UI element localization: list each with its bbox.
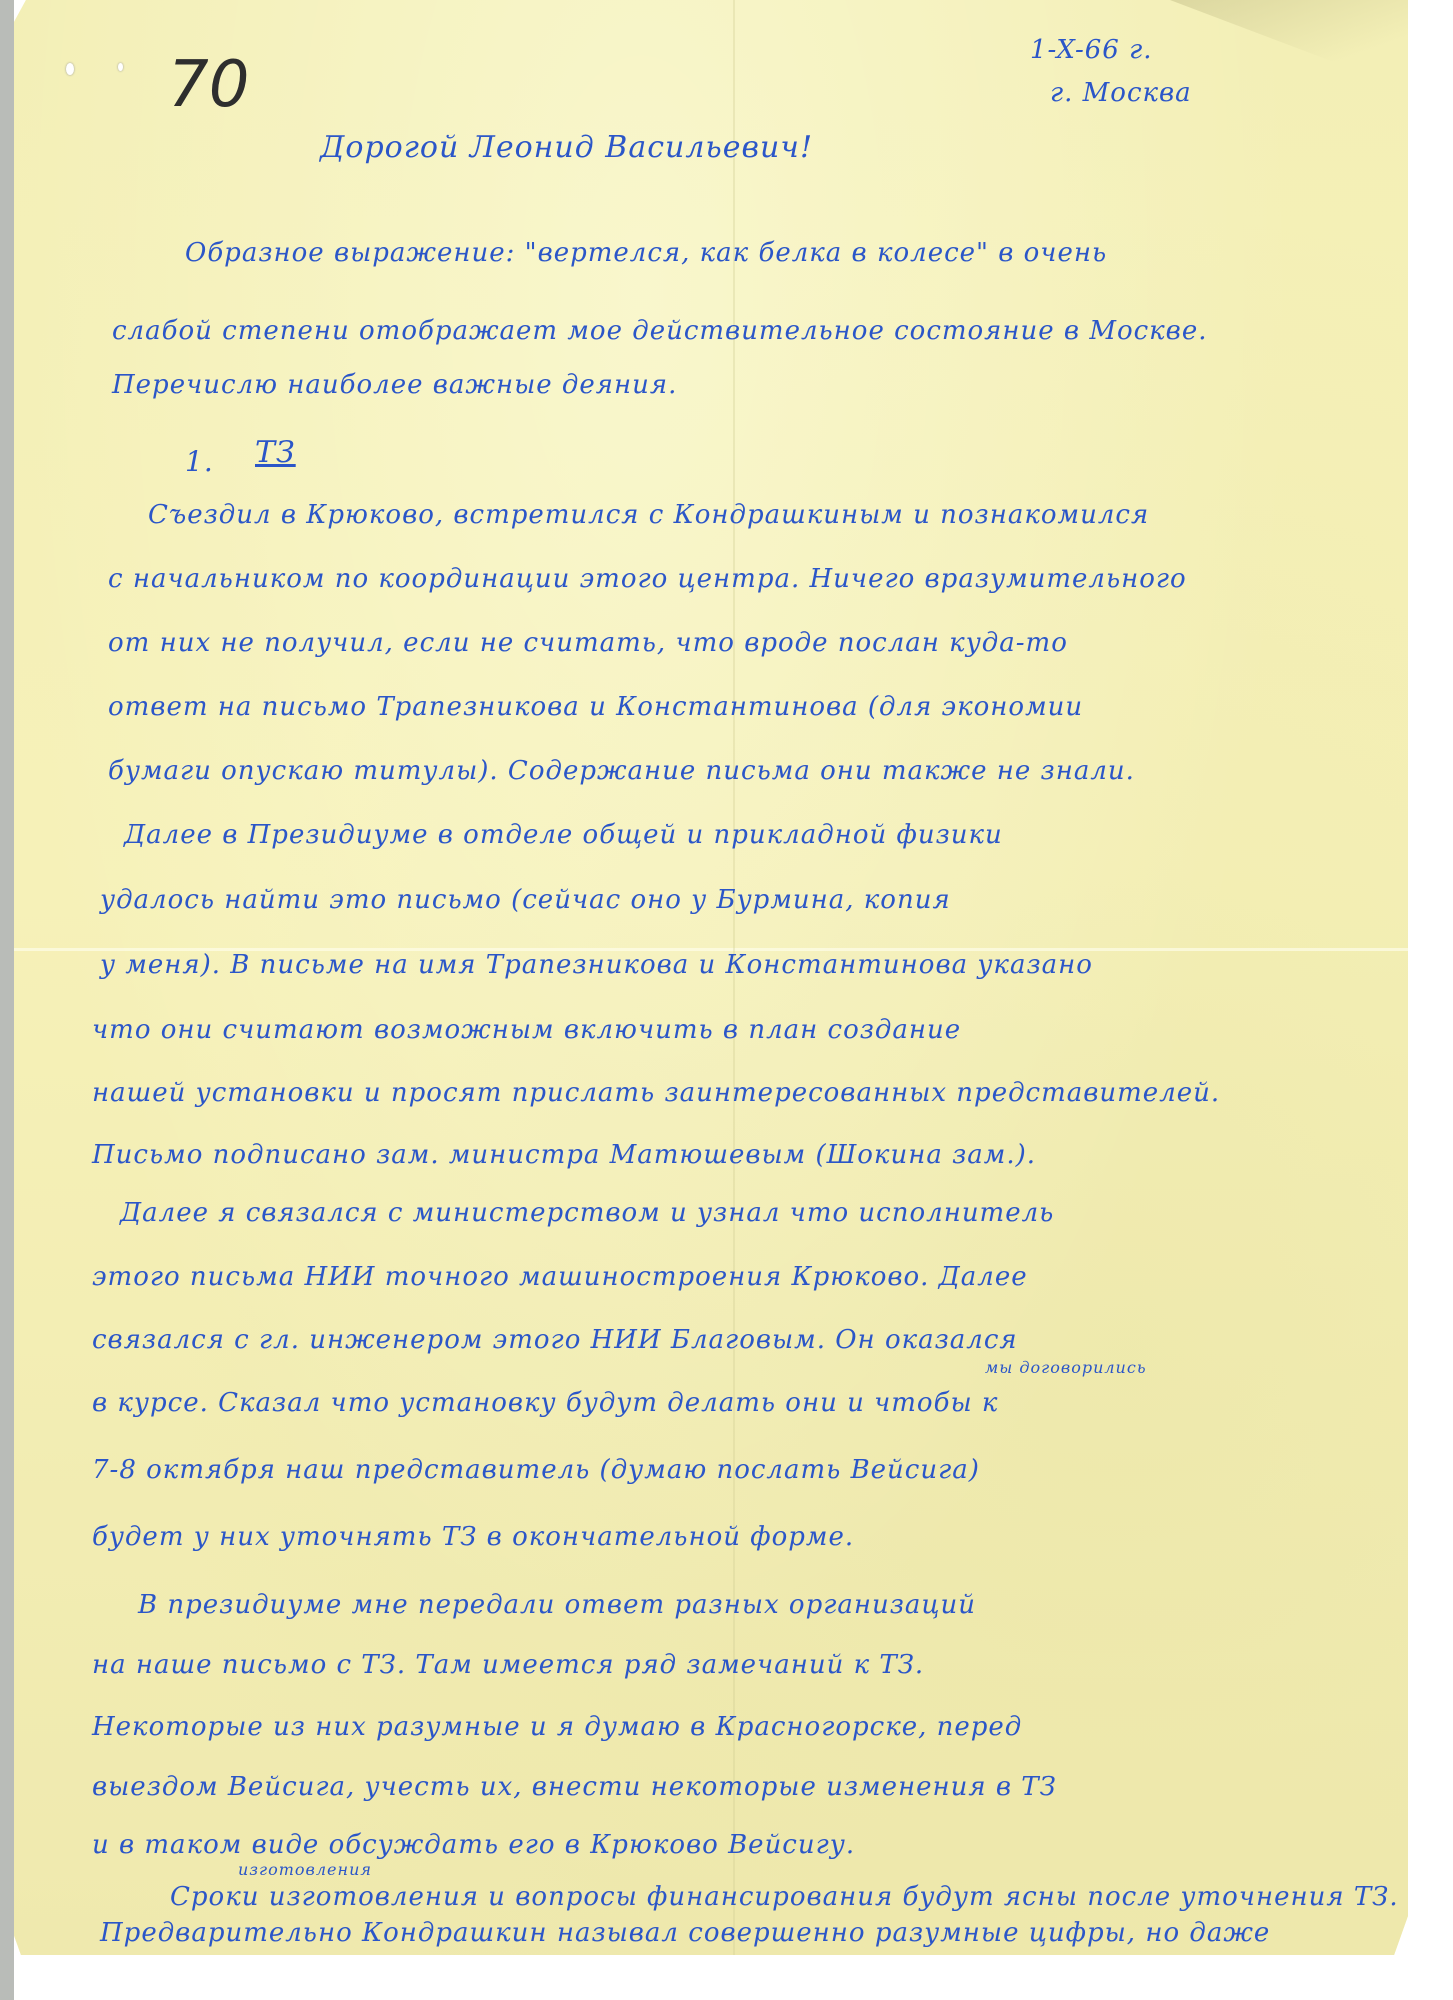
letter-date: 1-X-66 г.: [1030, 35, 1153, 65]
punch-hole: [118, 63, 123, 71]
text-line: от них не получил, если не считать, что …: [108, 628, 1068, 658]
section-title: ТЗ: [255, 435, 296, 470]
text-line: 7-8 октября наш представитель (думаю пос…: [92, 1455, 980, 1485]
text-line: и в таком виде обсуждать его в Крюково В…: [92, 1830, 855, 1860]
text-line: Письмо подписано зам. министра Матюшевым…: [92, 1140, 1036, 1170]
text-line: Некоторые из них разумные и я думаю в Кр…: [92, 1712, 1022, 1742]
text-line: в курсе. Сказал что установку будут дела…: [92, 1388, 998, 1418]
text-line: что они считают возможным включить в пла…: [92, 1015, 961, 1045]
text-line: выездом Вейсига, учесть их, внести некот…: [92, 1772, 1057, 1802]
section-number: 1.: [185, 445, 214, 478]
text-line: будет у них уточнять ТЗ в окончательной …: [92, 1522, 854, 1552]
text-line: В президиуме мне передали ответ разных о…: [138, 1590, 976, 1620]
text-line: Перечислю наиболее важные деяния.: [112, 370, 677, 400]
inserted-annotation: мы договорились: [985, 1358, 1147, 1377]
text-line: удалось найти это письмо (сейчас оно у Б…: [100, 885, 951, 915]
salutation: Дорогой Леонид Васильевич!: [320, 130, 813, 165]
text-line: Далее я связался с министерством и узнал…: [120, 1198, 1054, 1228]
letter-place: г. Москва: [1050, 78, 1192, 108]
text-line: бумаги опускаю титулы). Содержание письм…: [108, 756, 1135, 786]
archive-number: 70: [168, 48, 249, 122]
punch-hole: [66, 63, 74, 75]
text-line: Съездил в Крюково, встретился с Кондрашк…: [148, 500, 1149, 530]
text-line: Далее в Президиуме в отделе общей и прик…: [124, 820, 1003, 850]
text-line: на наше письмо с ТЗ. Там имеется ряд зам…: [92, 1650, 924, 1680]
text-line: у меня). В письме на имя Трапезникова и …: [100, 950, 1093, 980]
text-line: нашей установки и просят прислать заинте…: [92, 1078, 1220, 1108]
text-line: этого письма НИИ точного машиностроения …: [92, 1262, 1028, 1292]
text-line: Сроки изготовления и вопросы финансирова…: [170, 1882, 1399, 1912]
text-line: ответ на письмо Трапезникова и Константи…: [108, 692, 1083, 722]
inserted-annotation: изготовления: [238, 1860, 372, 1879]
text-line: связался с гл. инженером этого НИИ Благо…: [92, 1325, 1018, 1355]
text-line: с начальником по координации этого центр…: [108, 564, 1187, 594]
text-line: слабой степени отображает мое действител…: [112, 316, 1207, 346]
scanner-edge: [0, 0, 14, 2000]
text-line: Образное выражение: "вертелся, как белка…: [185, 238, 1107, 268]
text-line: Предварительно Кондрашкин называл соверш…: [100, 1918, 1270, 1948]
